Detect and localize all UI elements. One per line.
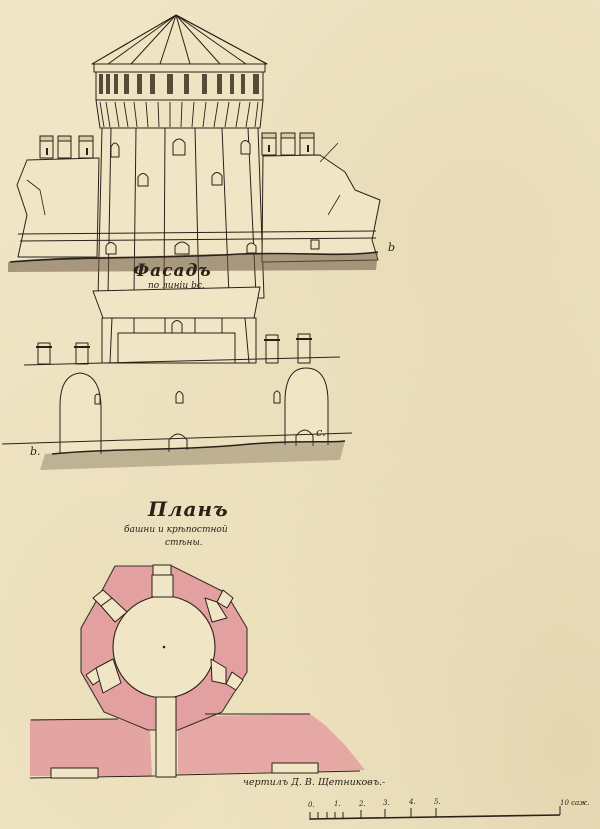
facade-title: Фасадъ xyxy=(133,261,212,281)
scale-tick-1: 1. xyxy=(334,800,341,808)
section-point-c: c. xyxy=(316,426,326,439)
fortress-wall-left xyxy=(17,136,99,257)
plan-title: Планъ xyxy=(148,497,229,521)
fortress-wall-right xyxy=(262,133,380,262)
architectural-drawing xyxy=(0,0,600,829)
scale-tick-3: 3. xyxy=(383,799,390,807)
scale-bar xyxy=(310,806,560,820)
tower-battlements xyxy=(94,64,265,128)
section-elevation xyxy=(2,287,352,470)
section-point-b: b. xyxy=(30,445,41,458)
facade-point-label: b xyxy=(388,241,395,254)
draftsman-signature: чертилъ Д. В. Щетниковъ.- xyxy=(243,777,385,788)
facade-elevation xyxy=(8,15,380,298)
drawing-sheet: Фасадъ по линiи bc. b b. c. Планъ башни … xyxy=(0,0,600,829)
scale-tick-5: 5. xyxy=(434,798,441,806)
scale-end-label: 10 саж. xyxy=(560,799,589,807)
scale-tick-4: 4. xyxy=(409,798,416,806)
plan-subtitle-line2: стѣны. xyxy=(165,538,203,548)
tower-plan xyxy=(30,565,365,778)
scale-tick-2: 2. xyxy=(359,800,366,808)
tower-roof xyxy=(92,15,267,64)
facade-subtitle: по линiи bc. xyxy=(148,281,205,291)
scale-tick-0: 0. xyxy=(308,801,315,809)
plan-subtitle-line1: башни и крѣпостной xyxy=(124,525,228,535)
